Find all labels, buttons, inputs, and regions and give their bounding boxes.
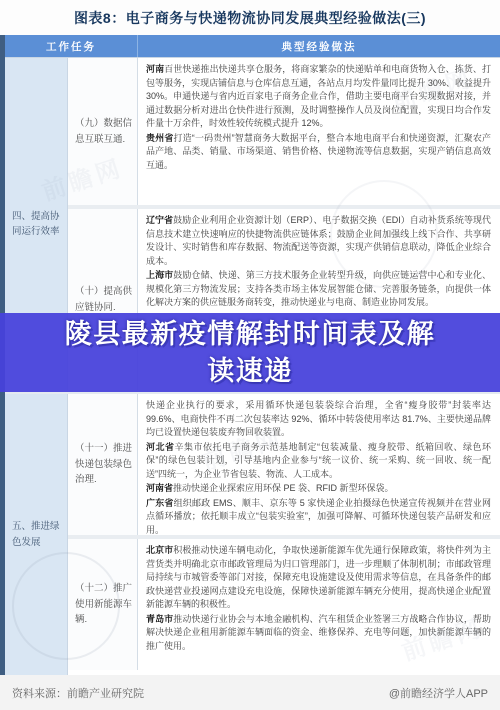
header-work-task: 工作任务 [5,35,138,57]
task-label-11: （十一）推进快递包装绿色治理. [68,394,138,535]
task-content-9: 河南百世快递推出快递共享仓服务，将商家繁杂的快递贴单和电商货物入仓、拣货、打包等… [138,58,500,205]
practice-entry: 河南省推动快递企业探索应用环保 PE 袋、RFID 新型环保袋。 [146,482,491,496]
practice-text: 推动快递行业协会与本地金融机构、汽车租赁企业签署三方战略合作协议，帮助解决快递企… [146,614,491,651]
headline-overlay-banner: 陵县最新疫情解封时间表及解 读速递 [0,313,500,392]
practice-text: 鼓励仓储、快递、第三方技术服务企业转型升级，向供应链运营中心和专业化、规模化第三… [146,270,491,307]
practice-text: 百世快递推出快递共享仓服务，将商家繁杂的快递贴单和电商货物入仓、拣货、打包等服务… [146,64,491,128]
practice-text: 打造“一码贵州”智慧商务大数据平台，整合本地电商平台和快递资源，汇聚农产品产地、… [146,133,491,170]
practice-entry: 贵州省打造“一码贵州”智慧商务大数据平台，整合本地电商平台和快递资源，汇聚农产品… [146,132,491,173]
practice-text: 积极推动快递车辆电动化，争取快递新能源车优先通行保障政策，将快件列为主营货类并明… [146,545,491,609]
practice-entry: 河北省辛集市依托电子商务示范基地制定“包装减量、瘦身胶带、纸箱回收、绿色环保”的… [146,441,491,482]
province-lead: 贵州省 [146,133,173,143]
practice-text: 组织邮政 EMS、顺丰、京东等 5 家快递企业拍摄绿色快递宣传视频并在营业网点循… [146,498,491,535]
province-lead: 北京市 [146,545,173,555]
province-lead: 青岛市 [146,614,173,624]
infographic-card: 图表8：电子商务与快递物流协同发展典型经验做法(三) 工作任务 典型经验做法 四… [0,0,500,710]
practice-entry: 北京市积极推动快递车辆电动化，争取快递新能源车优先通行保障政策，将快件列为主营货… [146,544,491,612]
practice-entry: 上海市鼓励仓储、快递、第三方技术服务企业转型升级，向供应链运营中心和专业化、规模… [146,269,491,310]
header-typical-practice: 典型经验做法 [138,35,500,57]
footer-bar: 资料来源：前瞻产业研究院 @前瞻经济学人APP [0,675,500,710]
table-row: （九）数据信息互联互通. 河南百世快递推出快递共享仓服务，将商家繁杂的快递贴单和… [68,58,500,205]
headline-line-1: 陵县最新疫情解封时间表及解 [65,316,436,352]
practice-entry: 辽宁省鼓励企业利用企业资源计划（ERP）、电子数据交换（EDI）自动补货系统等现… [146,214,491,268]
practice-text: 鼓励企业利用企业资源计划（ERP）、电子数据交换（EDI）自动补货系统等现代信息… [146,215,491,266]
table-row: （十二）推广使用新能源车辆. 北京市积极推动快递车辆电动化，争取快递新能源车优先… [68,535,500,670]
brand-credit: @前瞻经济学人APP [389,685,488,701]
source-note: 资料来源：前瞻产业研究院 [12,685,144,701]
practice-text: 辛集市依托电子商务示范基地制定“包装减量、瘦身胶带、纸箱回收、绿色环保”的绿色包… [146,442,491,479]
task-label-12: （十二）推广使用新能源车辆. [68,539,138,670]
practice-entry: 青岛市推动快递行业协会与本地金融机构、汽车租赁企业签署三方战略合作协议，帮助解决… [146,613,491,654]
table-header-row: 工作任务 典型经验做法 [5,35,500,57]
headline-line-2: 读速递 [207,353,293,389]
practice-entry: 快递企业执行的要求，采用循环快递包装袋综合治理，全省“瘦身胶带”封装率达 99.… [146,399,491,440]
province-lead: 河南省 [146,483,173,493]
figure-title: 图表8：电子商务与快递物流协同发展典型经验做法(三) [0,0,500,35]
province-lead: 广东省 [146,498,174,508]
province-lead: 河南 [146,64,164,74]
province-lead: 河北省 [146,442,175,452]
table-row: （十一）推进快递包装绿色治理. 快递企业执行的要求，采用循环快递包装袋综合治理，… [68,394,500,535]
task-label-9: （九）数据信息互联互通. [68,58,138,205]
practice-entry: 广东省组织邮政 EMS、顺丰、京东等 5 家快递企业拍摄绿色快递宣传视频并在营业… [146,497,491,536]
practice-text: 推动快递企业探索应用环保 PE 袋、RFID 新型环保袋。 [173,483,394,493]
task-content-12: 北京市积极推动快递车辆电动化，争取快递新能源车优先通行保障政策，将快件列为主营货… [138,539,500,670]
practice-entry: 河南百世快递推出快递共享仓服务，将商家繁杂的快递贴单和电商货物入仓、拣货、打包等… [146,63,491,131]
task-content-11: 快递企业执行的要求，采用循环快递包装袋综合治理，全省“瘦身胶带”封装率达 99.… [138,394,500,535]
province-lead: 辽宁省 [146,215,173,225]
section-green-development: 五、推进绿色发展 （十一）推进快递包装绿色治理. 快递企业执行的要求，采用循环快… [5,390,500,675]
practice-text: 快递企业执行的要求，采用循环快递包装袋综合治理，全省“瘦身胶带”封装率达 99.… [146,400,491,437]
province-lead: 上海市 [146,270,173,280]
category-cell-green: 五、推进绿色发展 [5,394,68,675]
